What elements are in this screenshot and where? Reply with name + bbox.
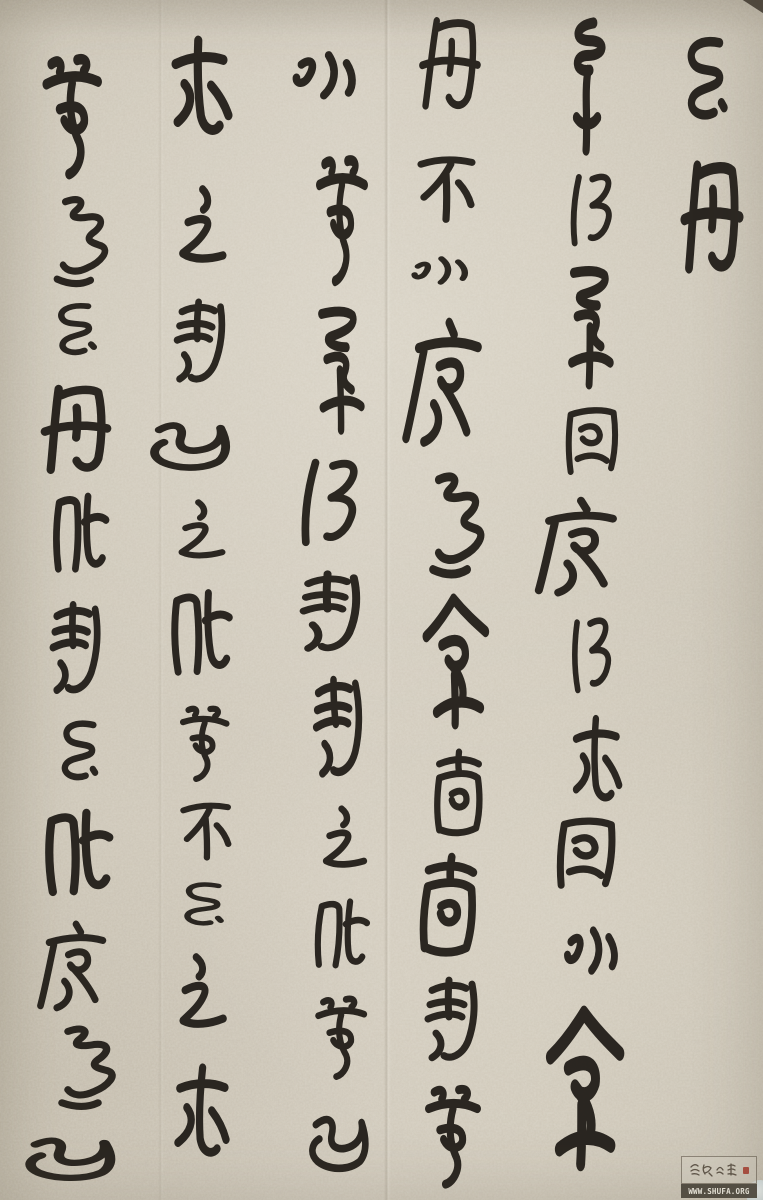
calligraphy-char-c2-8 — [537, 808, 636, 911]
calligraphy-char-c3-2 — [398, 144, 494, 236]
calligraphy-char-c4-1 — [274, 21, 384, 140]
calligraphy-char-c5-5 — [156, 492, 248, 578]
calligraphy-char-c6-6 — [28, 596, 124, 708]
calligraphy-char-c3-8 — [395, 847, 503, 970]
calligraphy-char-c2-3 — [544, 262, 636, 398]
watermark-sitename-calligraphy — [689, 1162, 741, 1178]
calligraphy-char-c6-9 — [28, 918, 124, 1020]
calligraphy-char-c6-4 — [23, 375, 129, 483]
calligraphy-text-layer — [0, 0, 763, 1200]
calligraphy-char-c5-2 — [155, 174, 253, 291]
calligraphy-char-c1-2 — [666, 150, 758, 284]
calligraphy-char-c4-8 — [294, 890, 385, 987]
watermark-url: WWW.SHUFA.ORG — [681, 1184, 757, 1198]
calligraphy-char-c3-7 — [414, 746, 504, 846]
calligraphy-char-c2-7 — [552, 708, 638, 818]
calligraphy-char-c5-6 — [148, 580, 252, 697]
calligraphy-char-c6-2 — [28, 190, 126, 295]
calligraphy-char-c1-1 — [662, 26, 752, 146]
calligraphy-char-c5-1 — [146, 26, 252, 155]
calligraphy-char-c6-1 — [20, 43, 127, 190]
calligraphy-char-c3-1 — [402, 6, 498, 121]
calligraphy-char-c2-2 — [552, 166, 636, 260]
calligraphy-char-c6-10 — [32, 1022, 132, 1116]
calligraphy-char-c4-5 — [274, 566, 388, 664]
calligraphy-char-c3-10 — [406, 1078, 500, 1196]
calligraphy-char-c4-7 — [302, 798, 388, 888]
calligraphy-char-c6-3 — [33, 295, 122, 374]
watermark: WWW.SHUFA.ORG — [681, 1156, 757, 1198]
calligraphy-char-c4-9 — [296, 988, 387, 1087]
calligraphy-char-c3-6 — [405, 588, 506, 743]
calligraphy-char-c3-5 — [404, 468, 500, 586]
calligraphy-char-c4-3 — [292, 300, 389, 445]
calligraphy-char-c6-8 — [20, 800, 134, 918]
calligraphy-char-c2-1 — [540, 14, 636, 162]
calligraphy-char-c5-9 — [156, 873, 252, 943]
calligraphy-char-c5-7 — [160, 699, 247, 790]
calligraphy-char-c3-4 — [391, 312, 502, 462]
calligraphy-char-c4-10 — [300, 1090, 388, 1192]
calligraphy-char-c3-3 — [396, 238, 491, 309]
calligraphy-char-c5-4 — [138, 400, 256, 488]
calligraphy-char-c6-7 — [36, 710, 124, 802]
calligraphy-char-c2-9 — [552, 900, 638, 1010]
calligraphy-char-c2-6 — [551, 607, 638, 708]
watermark-logo — [681, 1156, 757, 1184]
calligraphy-char-c4-4 — [275, 447, 391, 567]
calligraphy-char-c6-5 — [34, 486, 124, 592]
calligraphy-char-c4-6 — [289, 668, 389, 795]
calligraphy-char-c5-8 — [163, 791, 250, 874]
calligraphy-char-c4-2 — [298, 146, 386, 296]
calligraphy-sheet: WWW.SHUFA.ORG — [0, 0, 763, 1200]
calligraphy-char-c5-10 — [153, 942, 251, 1055]
calligraphy-char-c2-5 — [524, 494, 638, 606]
calligraphy-char-c3-9 — [402, 972, 502, 1074]
calligraphy-char-c5-11 — [150, 1054, 250, 1175]
calligraphy-char-c5-3 — [150, 292, 250, 397]
watermark-seal — [743, 1167, 749, 1174]
calligraphy-char-c6-11 — [12, 1118, 144, 1196]
calligraphy-char-c2-4 — [550, 400, 636, 492]
calligraphy-char-c2-10 — [528, 1002, 640, 1186]
